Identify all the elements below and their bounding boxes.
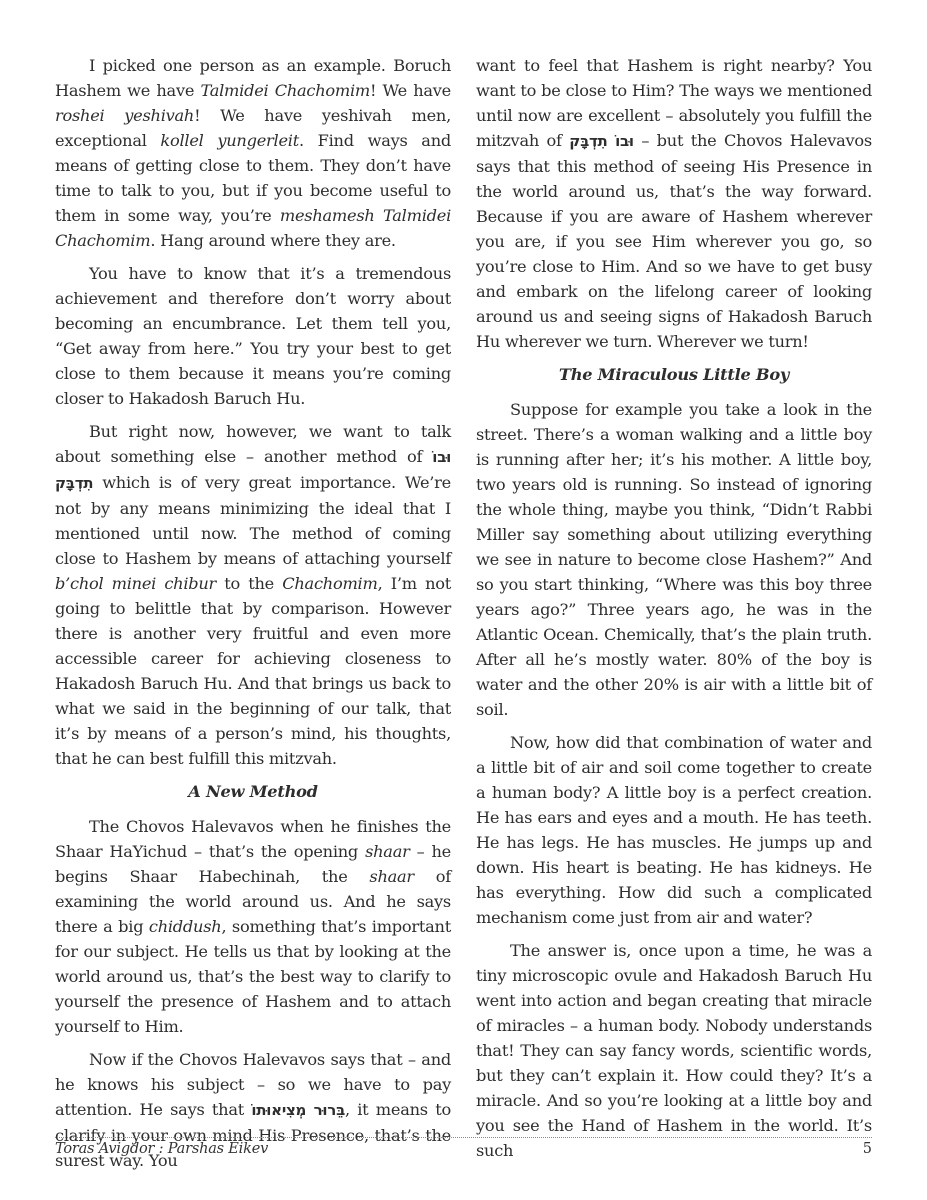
footer-title: Toras Avigdor : Parshas Eikev xyxy=(55,1141,268,1157)
paragraph: The answer is, once upon a time, he was … xyxy=(476,938,872,1163)
italic-term: shaar xyxy=(369,867,414,886)
paragraph: But right now, however, we want to talk … xyxy=(55,419,451,771)
italic-term: roshei yeshivah xyxy=(55,106,194,125)
footer-divider xyxy=(55,1137,872,1138)
paragraph: Suppose for example you take a look in t… xyxy=(476,397,872,722)
section-heading: A New Method xyxy=(55,779,451,804)
hebrew-phrase: וּבוֹ תִדְבָּק xyxy=(569,132,634,150)
document-page: I picked one person as an example. Boruc… xyxy=(0,0,927,1200)
hebrew-phrase: בֵּרוּר מְצִיאוּתוֹ xyxy=(251,1101,345,1119)
paragraph: You have to know that it’s a tremendous … xyxy=(55,261,451,411)
section-heading: The Miraculous Little Boy xyxy=(476,362,872,387)
italic-term: shaar xyxy=(365,842,410,861)
page-number: 5 xyxy=(863,1141,872,1157)
paragraph: want to feel that Hashem is right nearby… xyxy=(476,53,872,354)
italic-term: kollel yungerleit xyxy=(160,131,299,150)
right-column: want to feel that Hashem is right nearby… xyxy=(476,53,872,1171)
italic-term: Chachomim xyxy=(282,574,377,593)
paragraph: The Chovos Halevavos when he finishes th… xyxy=(55,814,451,1039)
hebrew-phrase: וּבוֹ תִדְבָּק xyxy=(55,448,451,492)
italic-term: b’chol minei chibur xyxy=(55,574,216,593)
left-column: I picked one person as an example. Boruc… xyxy=(55,53,451,1181)
italic-term: meshamesh Talmidei Chachomim xyxy=(55,206,451,250)
paragraph: Now, how did that combination of water a… xyxy=(476,730,872,930)
italic-term: Talmidei Chachomim xyxy=(200,81,370,100)
italic-term: chiddush xyxy=(149,917,222,936)
paragraph: I picked one person as an example. Boruc… xyxy=(55,53,451,253)
